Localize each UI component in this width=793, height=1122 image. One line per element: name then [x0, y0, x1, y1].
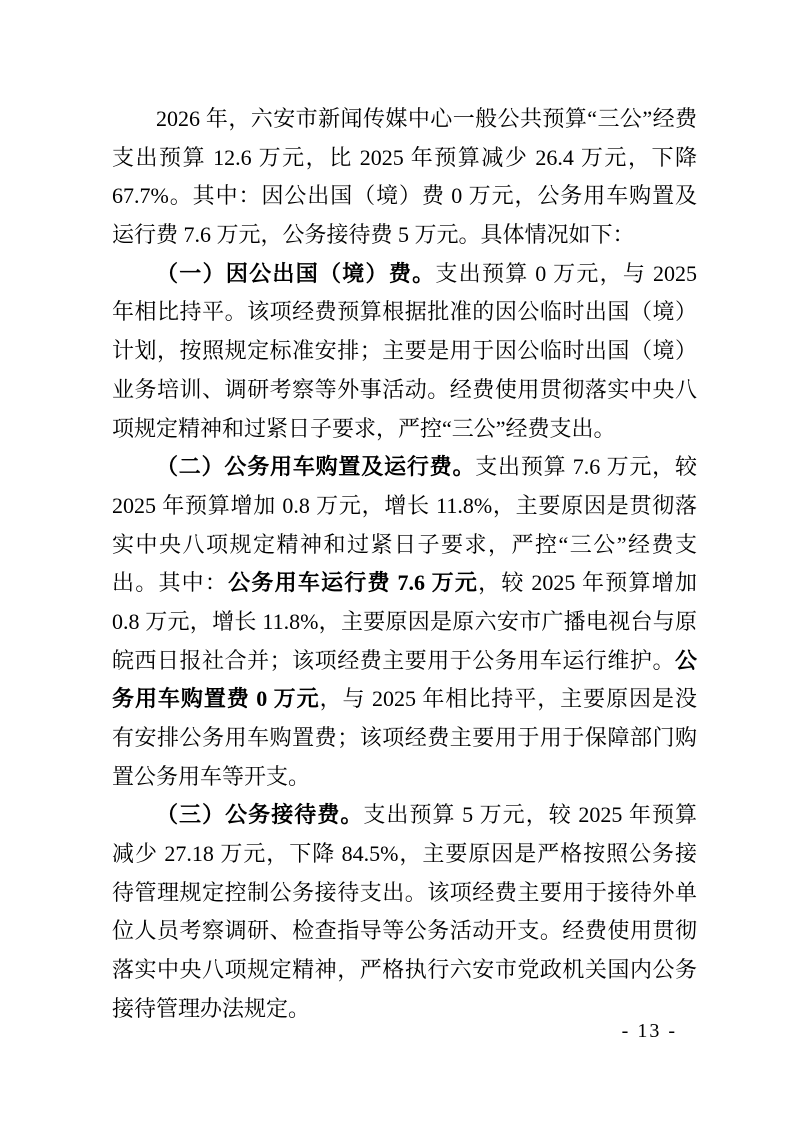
- paragraph-section-3-reception-fee: （三）公务接待费。支出预算 5 万元，较 2025 年预算减少 27.18 万元…: [112, 796, 697, 1028]
- text-segment-bold: （二）公务用车购置及运行费。: [156, 454, 475, 479]
- text-segment: 待管理规定控制公务接待支出。该项经费主要用于接待外单: [112, 880, 697, 905]
- text-segment: 出。其中：: [112, 570, 228, 595]
- text-segment: 皖西日报社合并；该项经费主要用于公务用车运行维护。: [112, 648, 675, 673]
- text-line: （一）因公出国（境）费。支出预算 0 万元，与 2025: [112, 255, 697, 294]
- text-segment: 运行费 7.6 万元，公务接待费 5 万元。具体情况如下：: [112, 222, 635, 247]
- text-segment: 项规定精神和过紧日子要求，严控“三公”经费支出。: [112, 416, 616, 441]
- text-segment: 支出预算 12.6 万元，比 2025 年预算减少 26.4 万元，下降: [112, 145, 697, 170]
- text-line: 实中央八项规定精神和过紧日子要求，严控“三公”经费支: [112, 526, 697, 565]
- text-segment: 2025 年预算增加 0.8 万元，增长 11.8%，主要原因是贯彻落: [112, 493, 697, 518]
- text-segment: 业务培训、调研考察等外事活动。经费使用贯彻落实中央八: [112, 377, 697, 402]
- text-segment: 年相比持平。该项经费预算根据批准的因公临时出国（境）: [112, 299, 697, 324]
- text-segment: 0.8 万元，增长 11.8%，主要原因是原六安市广播电视台与原: [112, 609, 697, 634]
- text-line: 2026 年，六安市新闻传媒中心一般公共预算“三公”经费: [112, 100, 697, 139]
- text-segment: 支出预算 5 万元，较 2025 年预算: [363, 802, 697, 827]
- text-line: 0.8 万元，增长 11.8%，主要原因是原六安市广播电视台与原: [112, 603, 697, 642]
- text-line: 有安排公务用车购置费；该项经费主要用于用于保障部门购: [112, 719, 697, 758]
- text-segment: 接待管理办法规定。: [112, 996, 310, 1021]
- text-line: 项规定精神和过紧日子要求，严控“三公”经费支出。: [112, 410, 697, 449]
- text-segment-bold: 公务用车运行费 7.6 万元: [228, 570, 478, 595]
- text-line: 减少 27.18 万元，下降 84.5%，主要原因是严格按照公务接: [112, 835, 697, 874]
- text-line: 年相比持平。该项经费预算根据批准的因公临时出国（境）: [112, 293, 697, 332]
- text-line: 待管理规定控制公务接待支出。该项经费主要用于接待外单: [112, 874, 697, 913]
- text-line: 务用车购置费 0 万元，与 2025 年相比持平，主要原因是没: [112, 680, 697, 719]
- text-segment: ，与 2025 年相比持平，主要原因是没: [320, 686, 697, 711]
- document-body: 2026 年，六安市新闻传媒中心一般公共预算“三公”经费支出预算 12.6 万元…: [112, 100, 697, 1029]
- text-line: 置公务用车等开支。: [112, 758, 697, 797]
- text-segment: 有安排公务用车购置费；该项经费主要用于用于保障部门购: [112, 725, 697, 750]
- text-segment: 支出预算 7.6 万元，较: [475, 454, 697, 479]
- text-segment: 支出预算 0 万元，与 2025: [435, 261, 697, 286]
- text-line: （三）公务接待费。支出预算 5 万元，较 2025 年预算: [112, 796, 697, 835]
- document-page: 2026 年，六安市新闻传媒中心一般公共预算“三公”经费支出预算 12.6 万元…: [0, 0, 793, 1122]
- text-segment-bold: （三）公务接待费。: [156, 802, 363, 827]
- paragraph-section-1-abroad-fee: （一）因公出国（境）费。支出预算 0 万元，与 2025年相比持平。该项经费预算…: [112, 255, 697, 448]
- text-segment: ，较 2025 年预算增加: [478, 570, 697, 595]
- text-segment: 落实中央八项规定精神，严格执行六安市党政机关国内公务: [112, 957, 697, 982]
- text-line: （二）公务用车购置及运行费。支出预算 7.6 万元，较: [112, 448, 697, 487]
- text-segment: 实中央八项规定精神和过紧日子要求，严控“三公”经费支: [112, 532, 697, 557]
- text-segment: 减少 27.18 万元，下降 84.5%，主要原因是严格按照公务接: [112, 841, 697, 866]
- text-segment: 位人员考察调研、检查指导等公务活动开支。经费使用贯彻: [112, 918, 697, 943]
- text-segment-bold: 公: [675, 648, 697, 673]
- text-segment-bold: 务用车购置费 0 万元: [112, 686, 320, 711]
- text-line: 接待管理办法规定。: [112, 990, 697, 1029]
- text-line: 出。其中：公务用车运行费 7.6 万元，较 2025 年预算增加: [112, 564, 697, 603]
- text-line: 2025 年预算增加 0.8 万元，增长 11.8%，主要原因是贯彻落: [112, 487, 697, 526]
- text-segment: 置公务用车等开支。: [112, 764, 310, 789]
- text-segment: 67.7%。其中：因公出国（境）费 0 万元，公务用车购置及: [112, 183, 697, 208]
- text-line: 皖西日报社合并；该项经费主要用于公务用车运行维护。公: [112, 642, 697, 681]
- text-line: 位人员考察调研、检查指导等公务活动开支。经费使用贯彻: [112, 912, 697, 951]
- text-line: 计划，按照规定标准安排；主要是用于因公临时出国（境）: [112, 332, 697, 371]
- text-line: 落实中央八项规定精神，严格执行六安市党政机关国内公务: [112, 951, 697, 990]
- text-line: 67.7%。其中：因公出国（境）费 0 万元，公务用车购置及: [112, 177, 697, 216]
- paragraph-intro: 2026 年，六安市新闻传媒中心一般公共预算“三公”经费支出预算 12.6 万元…: [112, 100, 697, 255]
- text-segment-bold: （一）因公出国（境）费。: [156, 261, 435, 286]
- paragraph-section-2-vehicle-fee: （二）公务用车购置及运行费。支出预算 7.6 万元，较2025 年预算增加 0.…: [112, 448, 697, 796]
- text-segment: 计划，按照规定标准安排；主要是用于因公临时出国（境）: [112, 338, 697, 363]
- page-number: - 13 -: [622, 1020, 677, 1042]
- text-line: 支出预算 12.6 万元，比 2025 年预算减少 26.4 万元，下降: [112, 139, 697, 178]
- text-line: 业务培训、调研考察等外事活动。经费使用贯彻落实中央八: [112, 371, 697, 410]
- text-line: 运行费 7.6 万元，公务接待费 5 万元。具体情况如下：: [112, 216, 697, 255]
- text-segment: 2026 年，六安市新闻传媒中心一般公共预算“三公”经费: [156, 106, 697, 131]
